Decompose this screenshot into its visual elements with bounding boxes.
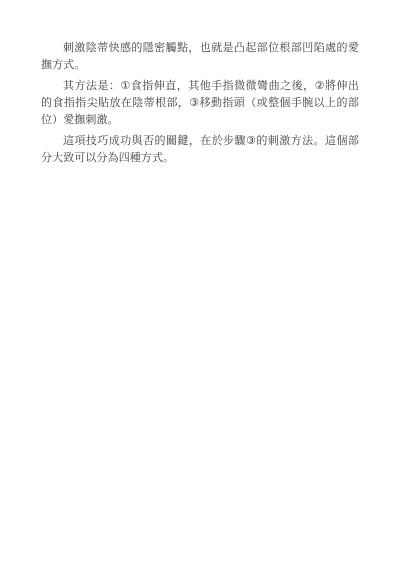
document-page: 刺激陰蒂快感的隱密觸點，也就是凸起部位根部凹陷處的愛撫方式。 其方法是：①食指伸… (0, 0, 400, 566)
paragraph-2: 其方法是：①食指伸直，其他手指微微彎曲之後，②將伸出的食指指尖貼放在陰蒂根部，③… (41, 78, 359, 129)
paragraph-1: 刺激陰蒂快感的隱密觸點，也就是凸起部位根部凹陷處的愛撫方式。 (41, 40, 359, 74)
paragraph-3: 這項技巧成功與否的關鍵，在於步驟③的刺激方法。這個部分大致可以分為四種方式。 (41, 133, 359, 167)
